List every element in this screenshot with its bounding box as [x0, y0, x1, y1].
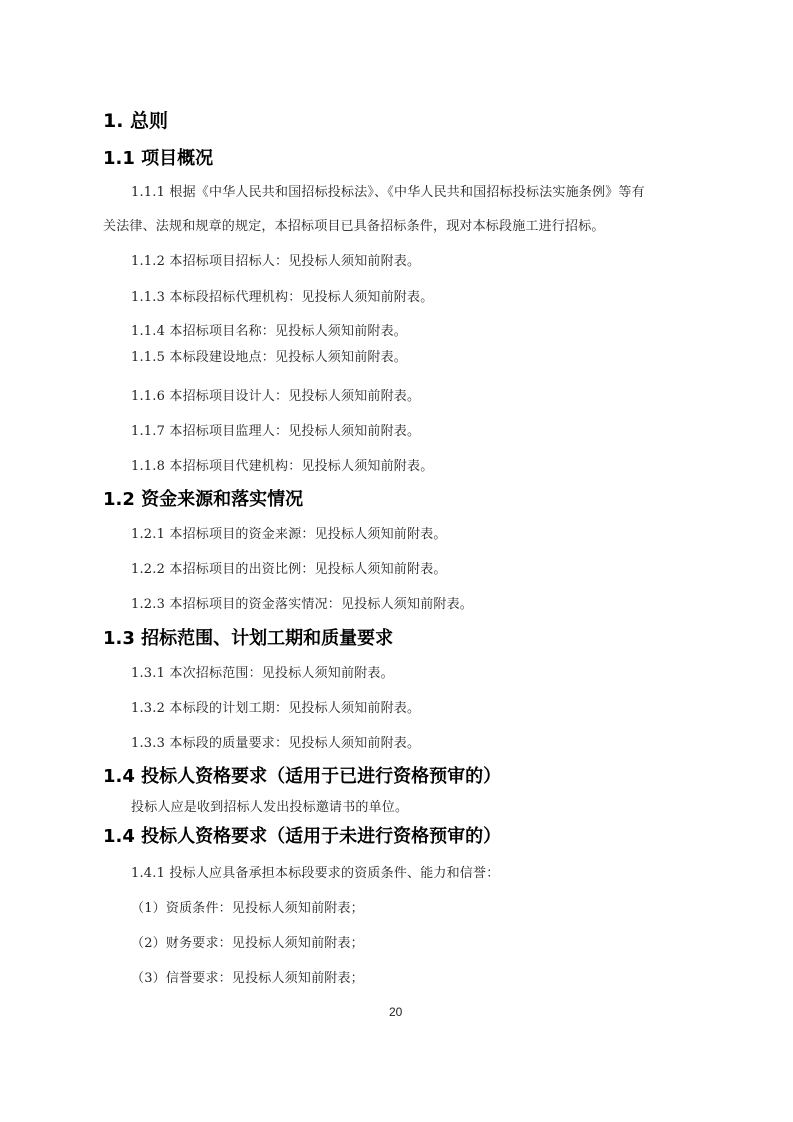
section-1-4-not-prequalified-title: 1.4 投标人资格要求（适用于未进行资格预审的） — [103, 822, 501, 848]
clause-1-1-3: 1.1.3 本标段招标代理机构：见投标人须知前附表。 — [131, 286, 433, 305]
heading-general-provisions: 1. 总则 — [103, 106, 168, 133]
paragraph-1-1-1-line2: 关法律、法规和规章的规定，本招标项目已具备招标条件，现对本标段施工进行招标。 — [103, 215, 605, 234]
paragraph-1-1-1-line1: 1.1.1 根据《中华人民共和国招标投标法》、《中华人民共和国招标投标法实施条例… — [131, 181, 645, 200]
requirement-financial: （2）财务要求：见投标人须知前附表； — [131, 932, 364, 951]
clause-1-1-4: 1.1.4 本招标项目名称：见投标人须知前附表。 — [131, 320, 407, 339]
section-1-4-prequalified-title: 1.4 投标人资格要求（适用于已进行资格预审的） — [103, 762, 501, 788]
clause-1-2-3: 1.2.3 本招标项目的资金落实情况：见投标人须知前附表。 — [131, 593, 473, 612]
clause-1-3-2: 1.3.2 本标段的计划工期：见投标人须知前附表。 — [131, 697, 420, 716]
clause-1-3-3: 1.3.3 本标段的质量要求：见投标人须知前附表。 — [131, 732, 420, 751]
clause-1-4-1: 1.4.1 投标人应具备承担本标段要求的资质条件、能力和信誉： — [131, 862, 499, 881]
requirement-reputation: （3）信誉要求：见投标人须知前附表； — [131, 967, 364, 986]
clause-1-1-2: 1.1.2 本招标项目招标人：见投标人须知前附表。 — [131, 250, 420, 269]
section-1-4-prequalified-text: 投标人应是收到招标人发出投标邀请书的单位。 — [131, 796, 408, 815]
clause-1-1-6: 1.1.6 本招标项目设计人：见投标人须知前附表。 — [131, 385, 420, 404]
section-1-2-title: 1.2 资金来源和落实情况 — [103, 485, 303, 511]
clause-1-2-1: 1.2.1 本招标项目的资金来源：见投标人须知前附表。 — [131, 523, 447, 542]
page-number: 20 — [389, 1005, 402, 1019]
section-1-1-title: 1.1 项目概况 — [103, 144, 213, 170]
clause-1-2-2: 1.2.2 本招标项目的出资比例：见投标人须知前附表。 — [131, 558, 447, 577]
clause-1-1-8: 1.1.8 本招标项目代建机构：见投标人须知前附表。 — [131, 455, 433, 474]
clause-1-3-1: 1.3.1 本次招标范围：见投标人须知前附表。 — [131, 662, 394, 681]
clause-1-1-7: 1.1.7 本招标项目监理人：见投标人须知前附表。 — [131, 420, 420, 439]
clause-1-1-5: 1.1.5 本标段建设地点：见投标人须知前附表。 — [131, 346, 407, 365]
requirement-qualification: （1）资质条件：见投标人须知前附表； — [131, 897, 364, 916]
section-1-3-title: 1.3 招标范围、计划工期和质量要求 — [103, 624, 393, 650]
